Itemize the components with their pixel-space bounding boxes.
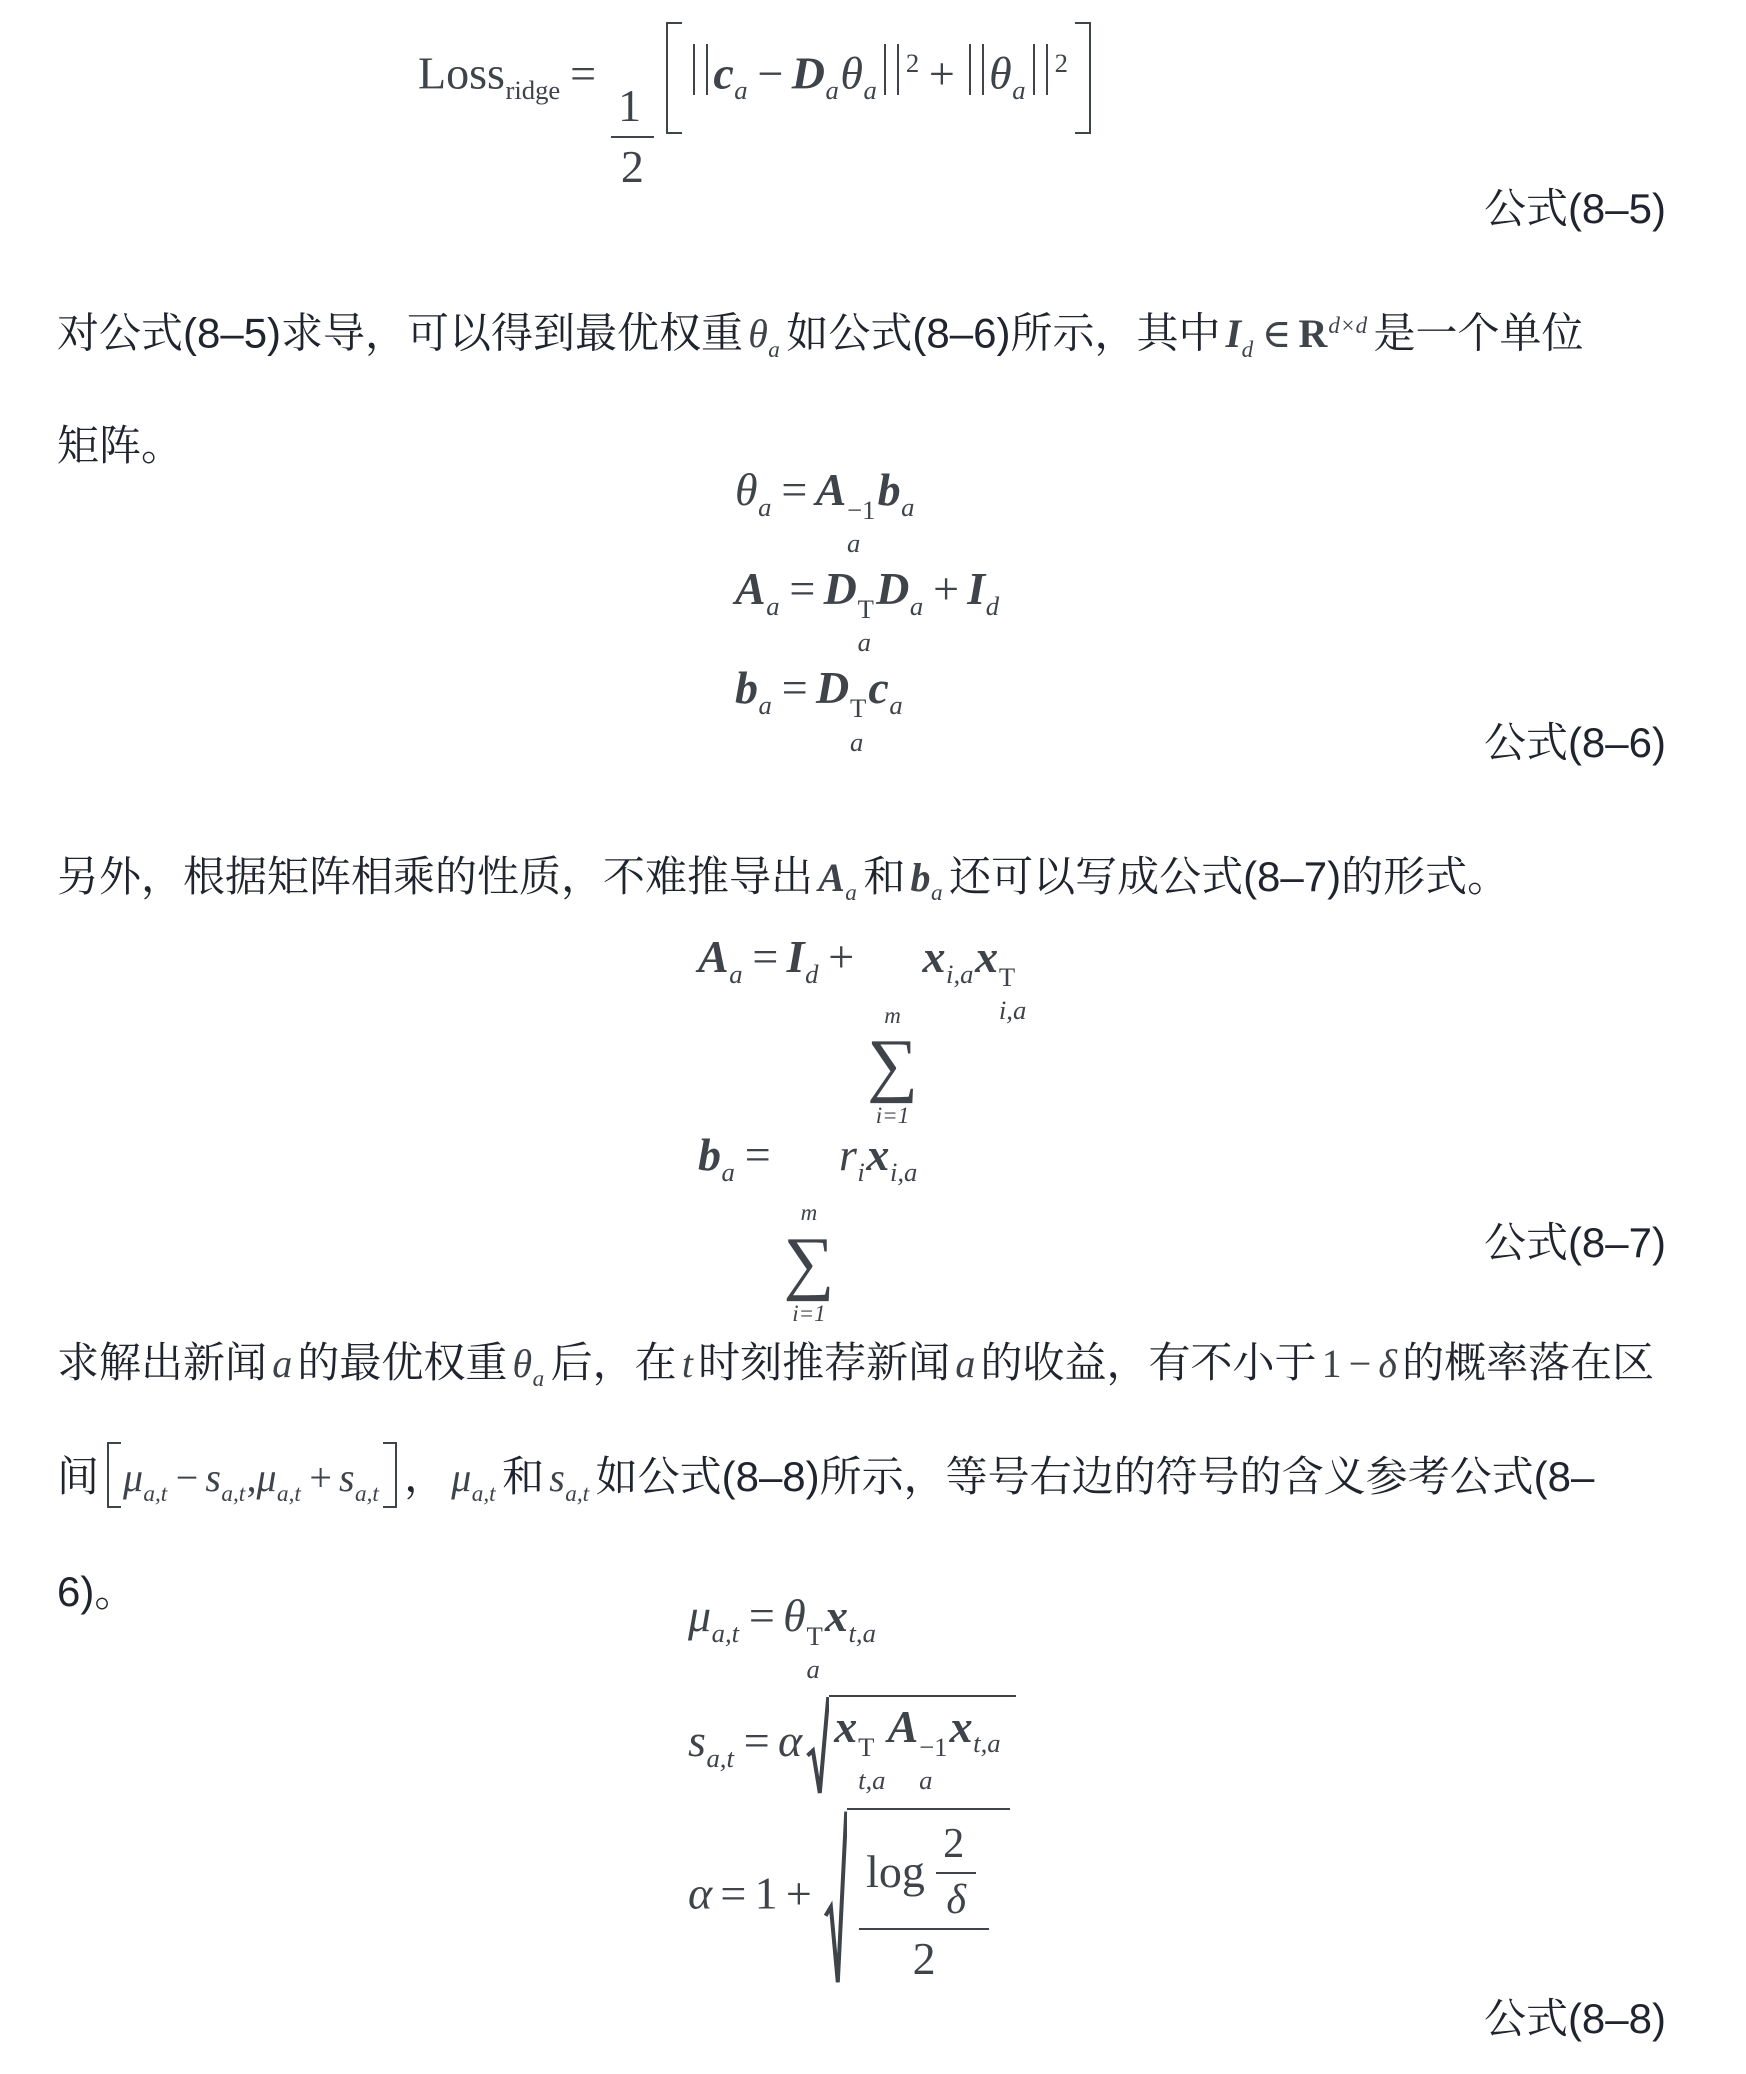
text-run: 间 [57,1453,99,1500]
math-token: a [825,75,838,105]
sum-upper-limit: m [884,1004,901,1027]
math-token: 1 [755,1868,778,1919]
math-token: − [176,1455,199,1500]
math-token: a,t [472,1481,496,1507]
math-token: a [845,880,857,906]
math-token: + [929,48,955,99]
math-token: t,a [973,1728,1000,1758]
paragraph-2: 另外，根据矩阵相乘的性质，不难推导出Aa和ba还可以写成公式(8–7)的形式。 [57,829,1509,941]
math-token: −1 [919,1733,947,1761]
math-token: A [816,464,847,515]
math-token: a [847,529,860,557]
sigma-symbol: ∑ [784,1227,835,1298]
math-token: = [781,464,807,515]
formula-line: Lossridge=12ca−Daθa2+θa2 [418,22,1096,194]
math-token: μ [451,1455,471,1500]
math-token: t,a [848,1618,875,1648]
inline-math: μa,t [451,1455,497,1500]
math-token: μ [688,1590,711,1641]
math-token: a [1012,75,1025,105]
text-run: 后，在 [551,1339,677,1386]
formula-label-8-6: 公式(8–6) [1484,717,1666,769]
math-token: a [758,492,771,522]
math-token: x [975,931,998,982]
formula-8-8: μa,t=θTaxt,asa,t=αxTt,aA−1axt,aα=1+log2δ… [688,1592,1016,2000]
inline-math: θa [748,311,781,356]
math-token: x [923,931,946,982]
inline-math: Aa [818,855,858,900]
math-token: a [931,880,943,906]
text-run: 如公式(8–6)所示，其中 [786,309,1220,356]
formula-line: Aa=Id+m∑i=1xi,axTi,a [698,933,1028,1127]
summation: m∑i=1 [867,1004,918,1127]
math-token: 2 [1055,48,1068,78]
right-bracket-icon [1075,22,1091,134]
math-token: A [698,931,729,982]
math-token: 1 [1322,1341,1342,1386]
math-token: i,a [946,959,973,989]
radicand: xTt,aA−1axt,a [829,1695,1016,1796]
math-token: ridge [505,75,560,105]
math-token: a [889,690,902,720]
math-token: b [911,855,931,900]
math-token: + [828,931,854,982]
math-token: a [955,1341,975,1386]
sigma-symbol: ∑ [867,1029,918,1100]
math-token: a [766,591,779,621]
math-token: 2 [621,141,644,194]
text-line: 间μa,t−sa,t,μa,t+sa,t，μa,t和sa,t如公式(8–8)所示… [57,1428,1654,1542]
math-token: a [533,1366,545,1392]
text-run: 6)。 [57,1568,136,1615]
math-token: I [1226,311,1242,356]
math-token: D [816,662,849,713]
math-token: a,t [706,1743,733,1773]
inline-math: a [272,1341,292,1386]
sup-sub-stack: Ta [850,694,866,755]
formula-8-5: Lossridge=12ca−Daθa2+θa2 [418,22,1096,194]
math-token: A [888,1701,919,1752]
inline-math: 1−δ [1322,1341,1397,1386]
math-token: + [933,563,959,614]
math-token: T [858,595,874,623]
text-run: 是一个单位 [1373,309,1583,356]
double-bar-icon [693,44,708,96]
inline-math: sa,t [549,1455,590,1500]
math-token: α [688,1868,712,1919]
math-token: −1 [847,496,875,524]
math-token: a [768,337,780,363]
math-token: δ [1378,1341,1397,1386]
left-bracket-icon [666,22,682,134]
math-token: s [339,1455,355,1500]
fraction: log2δ2 [859,1820,990,1986]
summation: m∑i=1 [784,1201,835,1324]
formula-line: Aa=DTaDa+Id [735,565,1001,656]
math-token: r [839,1129,857,1180]
math-token: T [999,963,1015,991]
text-run: 的最优权重 [297,1339,507,1386]
math-token: μ [123,1455,143,1500]
sup-sub-stack: −1a [919,1733,947,1794]
math-token: T [850,694,866,722]
math-token: = [789,563,815,614]
math-token: δ [946,1876,966,1925]
formula-line: ba=DTaca [735,664,1001,755]
math-token: = [720,1868,746,1919]
text-run: 时刻推荐新闻 [698,1339,950,1386]
math-token: A [735,563,766,614]
math-token: μ [257,1455,277,1500]
math-token: a,t [355,1481,379,1507]
math-token: 2 [913,1933,936,1986]
math-token: = [570,48,596,99]
math-token: θ [783,1590,806,1641]
math-token: x [866,1129,889,1180]
math-token: a [759,690,772,720]
text-run: 和 [502,1453,544,1500]
math-token: x [950,1701,973,1752]
paragraph-3: 求解出新闻a的最优权重θa后，在t时刻推荐新闻a的收益，有不小于1−δ的概率落在… [57,1314,1654,1640]
math-token: a [722,1157,735,1187]
math-token: T [807,1622,823,1650]
sum-lower-limit: i=1 [876,1104,909,1127]
math-token: a [919,1766,932,1794]
math-token: I [787,931,805,982]
math-token: Loss [418,48,505,99]
text-run: 矩阵。 [57,422,183,469]
fraction-denominator: 2 [905,1930,943,1986]
radicand: log2δ2 [847,1808,1010,1988]
math-token: i [857,1157,864,1187]
math-token: a [734,75,747,105]
math-token: − [1349,1341,1372,1386]
math-token: a [729,959,742,989]
sup-sub-stack: Ta [858,595,874,656]
math-token: a [864,75,877,105]
inline-math: a [955,1341,975,1386]
inline-math: ba [911,855,944,900]
math-token: d [1242,337,1254,363]
math-token: a [858,628,871,656]
math-token: = [752,931,778,982]
formula-line: μa,t=θTaxt,a [688,1592,1016,1683]
left-bracket-icon [107,1442,121,1508]
math-token: θ [735,464,758,515]
math-token: t [682,1341,693,1386]
fraction-denominator: δ [940,1874,973,1925]
sup-sub-stack: Tt,a [858,1733,885,1794]
right-bracket-icon [383,1442,397,1508]
double-bar-icon [884,44,899,96]
math-token: + [309,1455,332,1500]
inline-math: θa [513,1341,546,1386]
text-run: 还可以写成公式(8–7)的形式。 [949,853,1509,900]
math-token: θ [513,1341,533,1386]
text-run: 如公式(8–8)所示，等号右边的符号的含义参考公式(8– [596,1453,1595,1500]
fraction-numerator: 1 [611,80,654,138]
math-token: d [805,959,818,989]
double-bar-icon [969,44,984,96]
text-run: 的收益，有不小于 [980,1339,1316,1386]
text-line: 另外，根据矩阵相乘的性质，不难推导出Aa和ba还可以写成公式(8–7)的形式。 [57,829,1509,941]
formula-label-8-5: 公式(8–5) [1484,183,1666,235]
math-token: a,t [221,1481,245,1507]
math-token: − [757,48,783,99]
text-run: 另外，根据矩阵相乘的性质，不难推导出 [57,853,813,900]
formula-8-7: Aa=Id+m∑i=1xi,axTi,aba=m∑i=1rixi,a [698,933,1028,1329]
math-token: a,t [565,1481,589,1507]
formula-line: θa=A−1aba [735,466,1001,557]
math-token: a,t [143,1481,167,1507]
math-token: 2 [943,1820,964,1869]
math-token: log [866,1846,925,1899]
text-run: 和 [863,853,905,900]
math-token: d×d [1328,313,1367,339]
inline-math: t [682,1341,693,1386]
text-run: ， [404,1453,446,1500]
paragraph-1: 对公式(8–5)求导，可以得到最优权重θa如公式(8–6)所示，其中Id∈Rd×… [57,279,1583,493]
sup-sub-stack: −1a [847,496,875,557]
document-page: Lossridge=12ca−Daθa2+θa2 公式(8–5) 对公式(8–5… [0,0,1746,2074]
math-token: = [745,1129,771,1180]
math-token: s [688,1715,706,1766]
math-token: A [818,855,845,900]
math-token: ∈ [1262,311,1292,356]
math-token: s [205,1455,221,1500]
math-token: T [858,1733,874,1761]
math-token: θ [748,311,768,356]
math-token: 2 [906,48,919,78]
inline-math: Id∈Rd×d [1226,311,1369,356]
text-line: 求解出新闻a的最优权重θa后，在t时刻推荐新闻a的收益，有不小于1−δ的概率落在… [57,1314,1654,1428]
math-token: 1 [618,80,641,133]
math-token: D [824,563,857,614]
sum-upper-limit: m [801,1201,818,1224]
math-token: i,a [999,996,1026,1024]
math-token: θ [989,48,1012,99]
fraction: 2δ [936,1820,976,1925]
math-token: a [850,728,863,756]
double-bar-icon [1033,44,1048,96]
radical-icon [824,1808,847,1988]
math-token: i,a [890,1157,917,1187]
formula-line: sa,t=αxTt,aA−1axt,a [688,1695,1016,1796]
math-token: = [744,1715,770,1766]
math-token: α [778,1715,802,1766]
square-root: log2δ2 [824,1808,1010,1988]
text-run: 的概率落在区 [1402,1339,1654,1386]
math-token: t,a [858,1766,885,1794]
math-token: d [986,591,999,621]
math-token: R [1298,311,1327,356]
formula-8-6: θa=A−1abaAa=DTaDa+Idba=DTaca [735,466,1001,764]
math-token: a,t [712,1618,739,1648]
math-token: θ [840,48,863,99]
formula-label-8-8: 公式(8–8) [1484,1993,1666,2045]
square-root: xTt,aA−1axt,a [806,1695,1016,1796]
sup-sub-stack: Ti,a [999,963,1026,1024]
text-run: 对公式(8–5)求导，可以得到最优权重 [57,309,743,356]
math-token: c [713,48,733,99]
math-token: a [272,1341,292,1386]
formula-label-8-7: 公式(8–7) [1484,1217,1666,1269]
fraction-numerator: 2 [936,1820,976,1874]
math-token: c [868,662,888,713]
math-token: x [834,1701,857,1752]
sup-sub-stack: Ta [807,1622,823,1683]
text-line: 对公式(8–5)求导，可以得到最优权重θa如公式(8–6)所示，其中Id∈Rd×… [57,279,1583,398]
math-token: + [786,1868,812,1919]
formula-line: α=1+log2δ2 [688,1808,1016,1988]
math-token: D [876,563,909,614]
fraction: 12 [611,80,654,194]
formula-line: ba=m∑i=1rixi,a [698,1131,1028,1325]
math-token: D [792,48,825,99]
math-token: s [549,1455,565,1500]
math-token: b [698,1129,721,1180]
math-token: b [735,662,758,713]
math-token: a [807,1655,820,1683]
fraction-numerator: log2δ [859,1820,990,1930]
math-token: x [825,1590,848,1641]
text-run: 求解出新闻 [57,1339,267,1386]
math-token: a [901,492,914,522]
math-token: , [247,1455,257,1500]
math-token: = [749,1590,775,1641]
math-token: = [782,662,808,713]
math-token: b [878,464,901,515]
math-token: I [967,563,985,614]
inline-math: μa,t−sa,t,μa,t+sa,t [104,1455,399,1500]
fraction-denominator: 2 [614,138,652,194]
math-token: a [910,591,923,621]
radical-icon [806,1695,829,1796]
math-token: a,t [277,1481,301,1507]
